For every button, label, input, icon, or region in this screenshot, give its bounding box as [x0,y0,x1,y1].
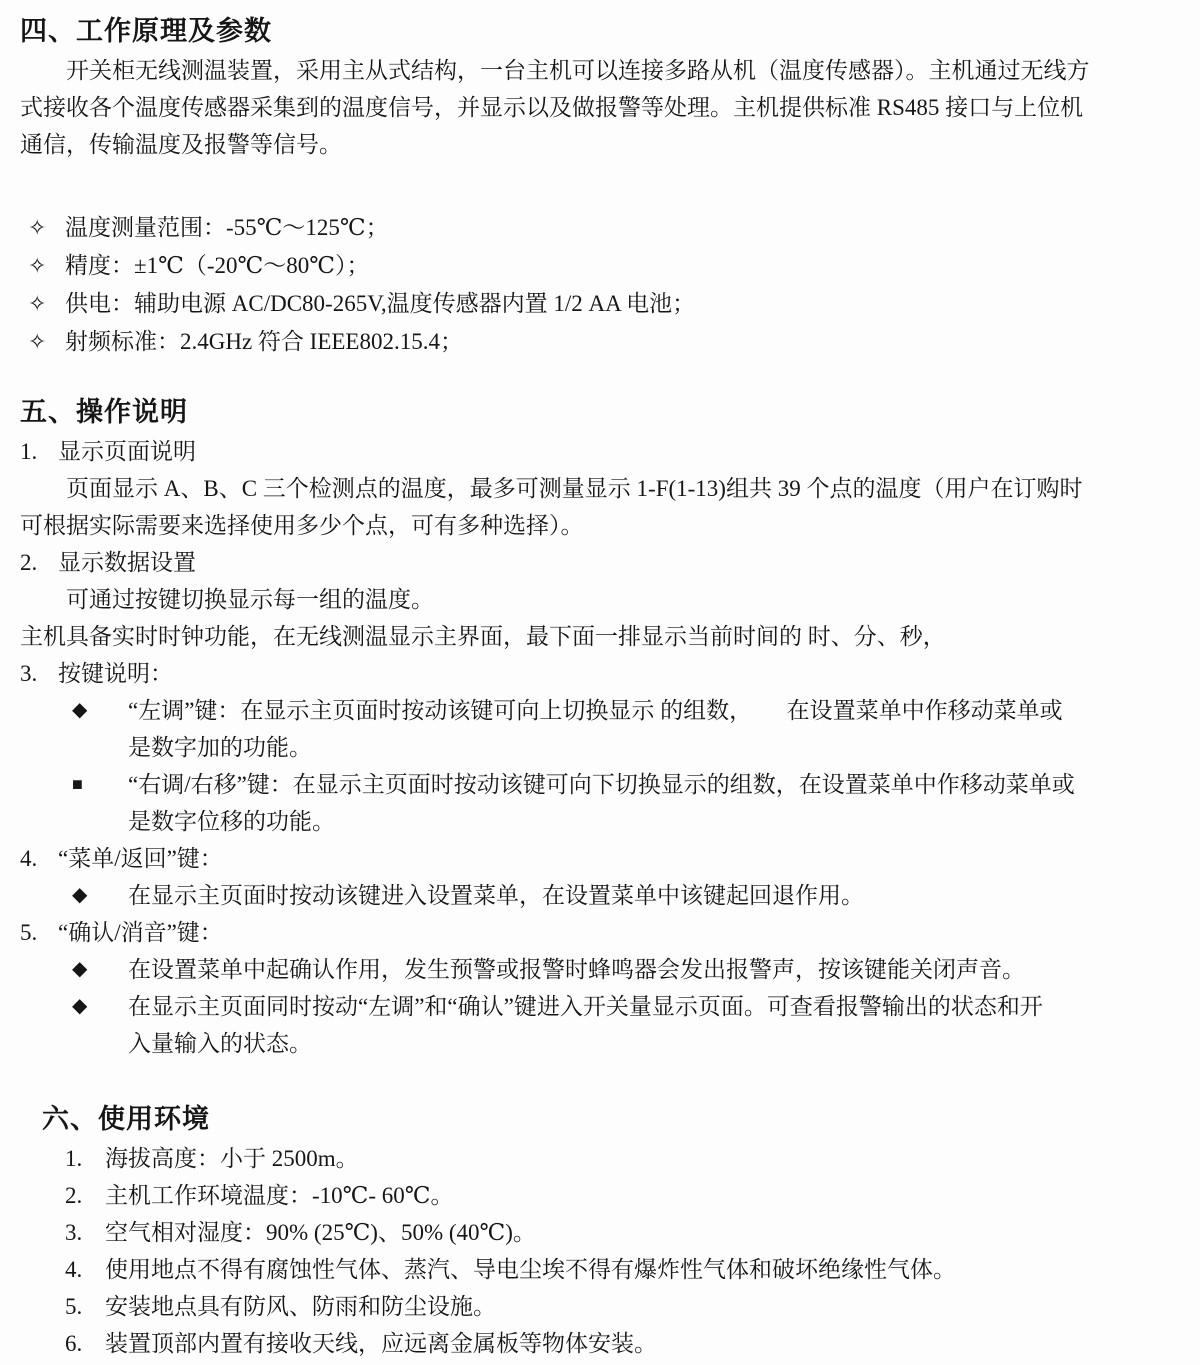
spec-text: 供电：辅助电源 AC/DC80-265V,温度传感器内置 1/2 AA 电池； [65,291,695,316]
item-number: 1. [20,433,58,470]
env-item-humidity: 3.空气相对湿度：90% (25℃)、50% (40℃)。 [65,1214,1180,1251]
diamond-bullet-icon: ◆ [72,692,87,729]
item-label: 显示数据设置 [58,550,196,575]
spec-item-power: ✧ 供电：辅助电源 AC/DC80-265V,温度传感器内置 1/2 AA 电池… [20,285,1180,323]
env-item-gas: 4.使用地点不得有腐蚀性气体、蒸汽、导电尘埃不得有爆炸性气体和破坏绝缘性气体。 [65,1251,1180,1288]
section-principle-heading: 四、工作原理及参数 [20,10,1180,52]
operation-item-menu-key: 4.“菜单/返回”键： [20,840,1180,877]
clock-note-paragraph: 主机具备实时时钟功能，在无线测温显示主界面，最下面一排显示当前时间的 时、分、秒… [20,618,1180,655]
key-left-bullet: ◆ “左调”键：在显示主页面时按动该键可向上切换显示 的组数， 在设置菜单中作移… [20,692,1180,766]
item-number: 4. [20,840,58,877]
operation-item-keys: 3.按键说明： [20,655,1180,692]
item-number: 5. [20,914,58,951]
operation-item-display-data: 2.显示数据设置 [20,544,1180,581]
item-label: 按键说明： [58,661,173,686]
four-pointed-star-bullet-icon: ✧ [28,247,46,285]
square-bullet-icon: ■ [72,766,83,803]
env-item-altitude: 1.海拔高度：小于 2500m。 [65,1140,1180,1177]
operation-item-display-page: 1.显示页面说明 [20,433,1180,470]
diamond-bullet-icon: ◆ [72,951,87,988]
item-number: 5. [65,1288,105,1325]
item-label: 显示页面说明 [58,439,196,464]
four-pointed-star-bullet-icon: ✧ [28,323,46,361]
item-number: 2. [20,544,58,581]
four-pointed-star-bullet-icon: ✧ [28,209,46,247]
mute-key-text: 在设置菜单中起确认作用，发生预警或报警时蜂鸣器会发出报警声，按该键能关闭声音。 [128,957,1025,982]
spec-item-temp-range: ✧ 温度测量范围：-55℃～125℃； [20,209,1180,247]
combo-key-bullet: ◆ 在显示主页面同时按动“左调”和“确认”键进入开关量显示页面。可查看报警输出的… [20,988,1180,1062]
item-number: 4. [65,1251,105,1288]
item-number: 3. [20,655,58,692]
env-item-shelter: 5.安装地点具有防风、防雨和防尘设施。 [65,1288,1180,1325]
environment-list: 1.海拔高度：小于 2500m。 2.主机工作环境温度：-10℃- 60℃。 3… [20,1140,1180,1362]
item-number: 1. [65,1140,105,1177]
key-right-text: “右调/右移”键：在显示主页面时按动该键可向下切换显示的组数，在设置菜单中作移动… [128,772,1075,834]
env-text: 安装地点具有防风、防雨和防尘设施。 [105,1294,496,1319]
item-number: 6. [65,1325,105,1362]
env-item-temperature: 2.主机工作环境温度：-10℃- 60℃。 [65,1177,1180,1214]
operation-item-confirm-key: 5.“确认/消音”键： [20,914,1180,951]
env-text: 主机工作环境温度：-10℃- 60℃。 [105,1183,454,1208]
diamond-bullet-icon: ◆ [72,877,87,914]
key-right-bullet: ■ “右调/右移”键：在显示主页面时按动该键可向下切换显示的组数，在设置菜单中作… [20,766,1180,840]
spec-text: 温度测量范围：-55℃～125℃； [65,215,389,240]
menu-key-text: 在显示主页面时按动该键进入设置菜单，在设置菜单中该键起回退作用。 [128,883,864,908]
principle-intro-paragraph: 开关柜无线测温装置，采用主从式结构，一台主机可以连接多路从机（温度传感器）。主机… [20,52,1180,163]
spec-text: 射频标准：2.4GHz 符合 IEEE802.15.4； [65,329,463,354]
item-label: “确认/消音”键： [58,920,223,945]
spec-item-accuracy: ✧ 精度：±1℃（-20℃～80℃）； [20,247,1180,285]
env-text: 装置顶部内置有接收天线，应远离金属板等物体安装。 [105,1331,657,1356]
item-number: 3. [65,1214,105,1251]
spec-text: 精度：±1℃（-20℃～80℃）； [65,253,369,278]
combo-key-text: 在显示主页面同时按动“左调”和“确认”键进入开关量显示页面。可查看报警输出的状态… [128,994,1043,1056]
section-operation-heading: 五、操作说明 [20,391,1180,433]
mute-key-bullet: ◆ 在设置菜单中起确认作用，发生预警或报警时蜂鸣器会发出报警声，按该键能关闭声音… [20,951,1180,988]
spec-list: ✧ 温度测量范围：-55℃～125℃； ✧ 精度：±1℃（-20℃～80℃）； … [20,209,1180,361]
env-text: 空气相对湿度：90% (25℃)、50% (40℃)。 [105,1220,536,1245]
item-number: 2. [65,1177,105,1214]
display-data-paragraph: 可通过按键切换显示每一组的温度。 [20,581,1180,618]
diamond-bullet-icon: ◆ [72,988,87,1025]
display-page-paragraph: 页面显示 A、B、C 三个检测点的温度，最多可测量显示 1-F(1-13)组共 … [20,470,1180,544]
document-page: { "colors": { "background": "#fdfdfd", "… [0,0,1200,1365]
env-text: 海拔高度：小于 2500m。 [105,1146,359,1171]
four-pointed-star-bullet-icon: ✧ [28,285,46,323]
manual-page: 四、工作原理及参数 开关柜无线测温装置，采用主从式结构，一台主机可以连接多路从机… [0,0,1200,1365]
spec-item-rf-standard: ✧ 射频标准：2.4GHz 符合 IEEE802.15.4； [20,323,1180,361]
menu-key-bullet: ◆ 在显示主页面时按动该键进入设置菜单，在设置菜单中该键起回退作用。 [20,877,1180,914]
key-left-text: “左调”键：在显示主页面时按动该键可向上切换显示 的组数， 在设置菜单中作移动菜… [128,698,1063,760]
section-environment-heading: 六、使用环境 [42,1098,1180,1140]
env-item-antenna: 6.装置顶部内置有接收天线，应远离金属板等物体安装。 [65,1325,1180,1362]
item-label: “菜单/返回”键： [58,846,223,871]
env-text: 使用地点不得有腐蚀性气体、蒸汽、导电尘埃不得有爆炸性气体和破坏绝缘性气体。 [105,1257,956,1282]
